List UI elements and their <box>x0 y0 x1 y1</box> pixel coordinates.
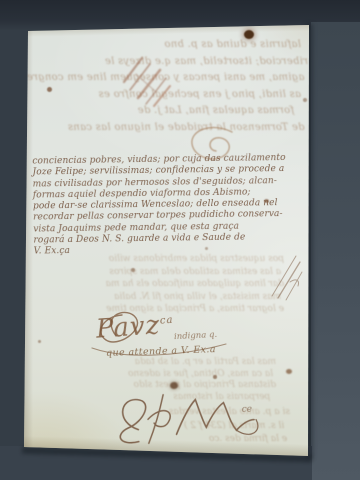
signature-name-text: Pavz <box>95 310 161 344</box>
signature-superscript: ca <box>159 315 173 327</box>
handwriting-line: de Tormenson la traidade el niguno las c… <box>32 120 308 137</box>
photo-of-manuscript: lafurnis e duind as p. bnoriberciod; its… <box>0 0 360 480</box>
foxing-spot <box>47 87 52 92</box>
handwriting-line: si a p. anto al estas verdas <box>40 406 290 420</box>
signature-name: Pavzca <box>95 309 175 344</box>
foxing-spot <box>205 247 208 250</box>
scratch-marks <box>266 252 306 302</box>
bleedthrough-text-bottom: si a p. anto al estas verdas il s. maris… <box>40 406 290 447</box>
handwriting-line: a las estimas astilado dela mas spiros <box>34 266 284 279</box>
ink-blot <box>170 382 178 389</box>
foxing-spot <box>264 199 269 203</box>
ink-smudge <box>116 48 178 112</box>
handwriting-line: mas las Partil a er p. al sb tada <box>36 357 276 369</box>
handwriting-line: dar linos quilgados unificado els ha ma <box>34 278 284 291</box>
foxing-spot <box>38 340 41 343</box>
handwriting-line: e la firma des .co <box>40 433 290 447</box>
foxing-spot <box>286 369 292 374</box>
main-paragraph: conciencias pobres, viudas; por cuja das… <box>32 153 249 258</box>
foxing-spot <box>131 268 135 272</box>
handwriting-line: mas misistas, el villa pino fil N. balia <box>34 291 284 304</box>
handwriting-line: la ca mas, Obtina, fue si adesno <box>36 369 276 381</box>
backdrop-right-strip <box>311 22 360 480</box>
ink-blot <box>244 30 254 39</box>
handwriting-line: pos uquestras plidas embridonas wilio <box>34 253 284 266</box>
foxing-spot <box>303 98 307 102</box>
foxing-spot <box>213 375 217 379</box>
manuscript-paper: lafurnis e duind as p. bnoriberciod; its… <box>0 0 360 480</box>
handwriting-line: il s. maris al (234 f 2 ) <box>40 420 290 434</box>
